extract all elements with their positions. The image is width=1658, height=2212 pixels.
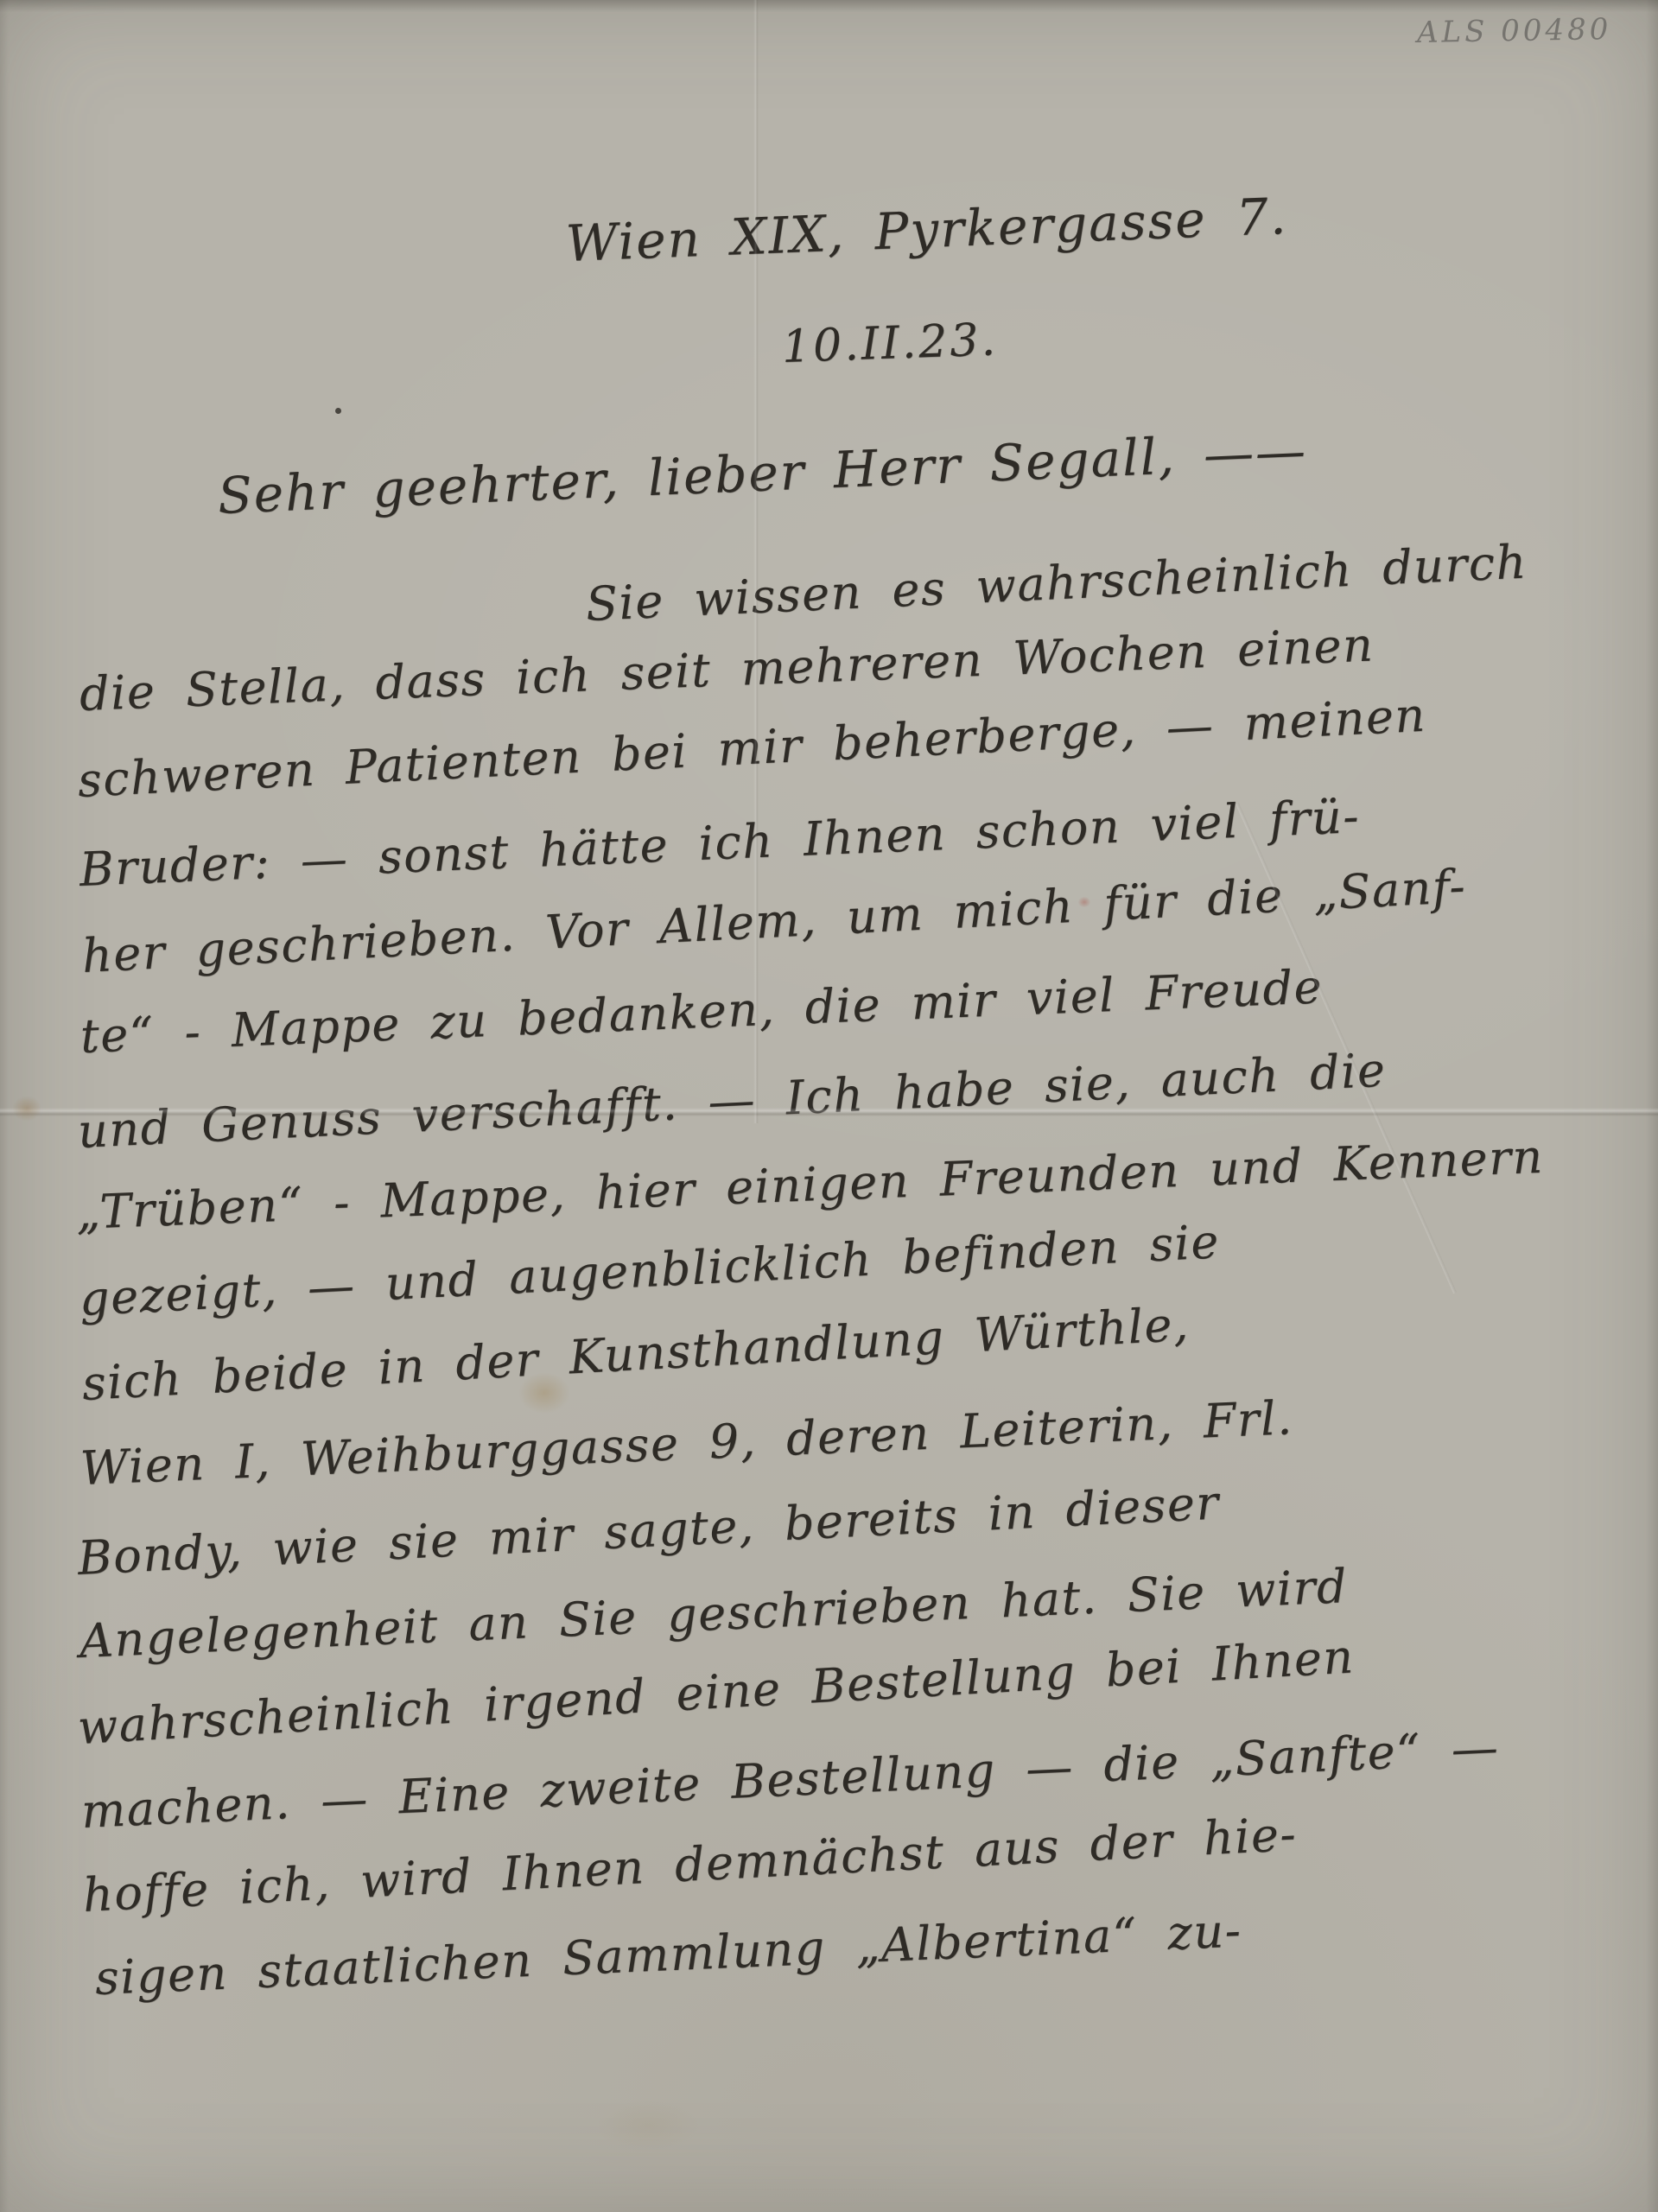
vertical-fold-crease	[753, 0, 759, 1123]
ink-dot	[335, 408, 341, 414]
scanned-letter-page: ALS 00480 Wien XIX, Pyrkergasse 7. 10.II…	[0, 0, 1658, 2212]
letter-salutation: Sehr geehrter, lieber Herr Segall, ——	[217, 421, 1309, 525]
letter-body-line: sigen staatlichen Sammlung „Albertina“ z…	[94, 1903, 1243, 2005]
archive-number-label: ALS 00480	[1417, 12, 1612, 50]
paper-stain	[518, 1372, 570, 1414]
letter-body-line: te“ - Mappe zu bedanken, die mir viel Fr…	[79, 959, 1324, 1064]
letter-body-line: Sie wissen es wahrscheinlich durch	[585, 535, 1528, 632]
letter-body-line: und Genuss verschafft. — Ich habe sie, a…	[77, 1043, 1388, 1159]
letter-body-line: Bondy, wie sie mir sagte, bereits in die…	[76, 1475, 1220, 1586]
letter-date-line: 10.II.23.	[781, 314, 999, 373]
paper-stain	[12, 1096, 41, 1122]
paper-stain	[1078, 897, 1090, 907]
horizontal-fold-crease	[0, 1108, 1658, 1116]
paper-stain	[596, 2100, 700, 2152]
letter-location-line: Wien XIX, Pyrkergasse 7.	[565, 187, 1289, 273]
